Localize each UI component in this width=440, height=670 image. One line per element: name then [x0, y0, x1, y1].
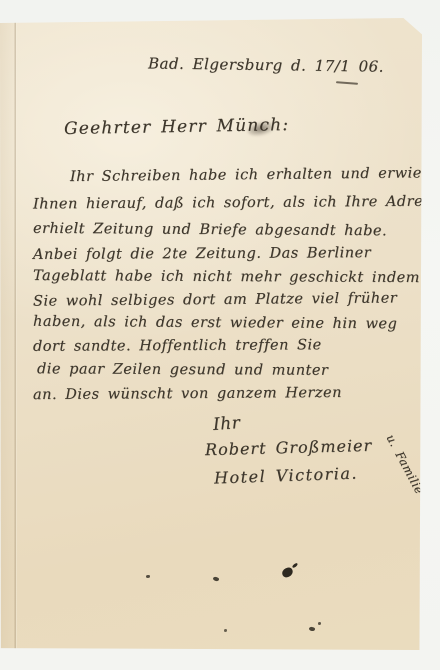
- letter-line: Tageblatt habe ich nicht mehr geschickt …: [33, 268, 420, 286]
- scanner-background: Bad. Elgersburg d. 17/1 06. Geehrter Her…: [0, 0, 440, 670]
- signature-hotel-line: Hotel Victoria.: [214, 463, 359, 487]
- ink-speck: [224, 629, 227, 632]
- letter-paper: Bad. Elgersburg d. 17/1 06. Geehrter Her…: [0, 18, 422, 650]
- signature-name: Robert Großmeier: [205, 436, 373, 459]
- date-line: Bad. Elgersburg d. 17/1 06.: [148, 54, 384, 75]
- date-underline-stroke: [336, 81, 358, 85]
- ink-speck: [292, 563, 299, 569]
- ink-speck: [146, 575, 150, 578]
- letter-line: Ihr Schreiben habe ich erhalten und erwi…: [70, 165, 440, 185]
- letter-line: die paar Zeilen gesund und munter: [37, 361, 328, 379]
- letter-line: Anbei folgt die 2te Zeitung. Das Berline…: [33, 245, 371, 263]
- ink-speck: [212, 576, 219, 582]
- paper-left-shade: [0, 18, 15, 650]
- letter-line: an. Dies wünscht von ganzem Herzen: [33, 385, 342, 403]
- letter-line: haben, als ich das erst wieder eine hin …: [33, 314, 397, 333]
- ink-speck: [318, 622, 321, 625]
- letter-line: erhielt Zeitung und Briefe abgesandt hab…: [33, 221, 387, 239]
- letter-line: Sie wohl selbiges dort am Platze viel fr…: [33, 290, 397, 309]
- closing-word: Ihr: [212, 413, 241, 435]
- letter-line: dort sandte. Hoffentlich treffen Sie: [33, 337, 322, 355]
- signature-addendum: u. Familie: [384, 432, 427, 496]
- letter-line: Ihnen hierauf, daß ich sofort, als ich I…: [33, 194, 440, 213]
- ink-speck: [309, 626, 316, 631]
- fold-crease: [14, 18, 17, 650]
